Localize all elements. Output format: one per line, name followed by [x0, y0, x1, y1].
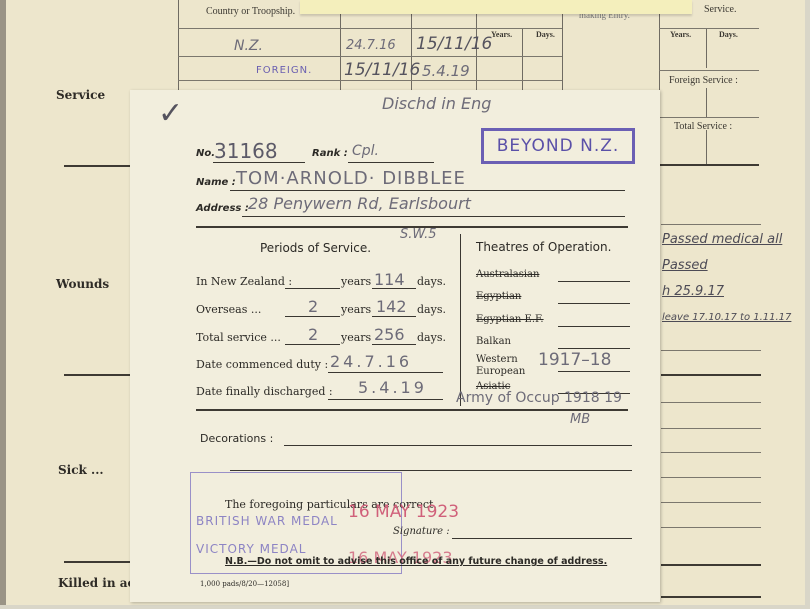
years-word: years	[341, 303, 371, 316]
right-rule	[661, 596, 761, 598]
checkmark-icon: ✓	[158, 96, 183, 131]
number-label: No.	[196, 148, 215, 159]
note-passed: Passed	[662, 258, 708, 273]
row1-date-to: 15/11/16	[416, 34, 492, 54]
section-rule	[196, 409, 628, 411]
row2-date-to: 5.4.19	[422, 62, 470, 80]
header-country: Country or Troopship.	[206, 6, 295, 17]
days-word: days.	[417, 275, 446, 288]
note-leave: leave 17.10.17 to 1.11.17	[662, 312, 791, 323]
table-rule	[178, 80, 562, 81]
top-note: Dischd in Eng	[382, 94, 491, 113]
discharged-label: Date finally discharged :	[196, 385, 333, 398]
nz-years-line	[285, 288, 340, 289]
victory-medal-stamp: VICTORY MEDAL	[196, 542, 306, 556]
commenced-line	[328, 372, 443, 373]
rank-line	[348, 162, 434, 163]
total-years-line	[285, 344, 340, 345]
signature-line	[452, 538, 632, 539]
number-line	[213, 162, 305, 163]
rank-value: Cpl.	[352, 143, 379, 159]
right-rule	[661, 564, 761, 566]
table-border	[706, 28, 707, 68]
table-border	[178, 0, 179, 90]
column-divider	[460, 234, 461, 406]
theatre-western: Western	[476, 354, 518, 365]
table-rule	[659, 164, 759, 166]
overseas-days: 142	[376, 297, 407, 316]
beyond-nz-stamp: BEYOND N.Z.	[481, 128, 635, 164]
rank-label: Rank :	[312, 148, 348, 159]
table-border	[706, 88, 707, 118]
right-rule	[661, 224, 761, 225]
theatre-egyptian-ef: Egyptian E.F.	[476, 314, 544, 325]
address-label: Address :	[196, 203, 249, 214]
header-days: Days.	[536, 30, 555, 39]
table-rule	[178, 28, 562, 29]
theatre-egyptian: Egyptian	[476, 291, 521, 302]
discharged-value: 5.4.19	[358, 378, 427, 397]
date-stamp-1: 16 MAY 1923	[348, 502, 459, 522]
theatre-australasian: Australasian	[476, 269, 539, 280]
army-occupation: Army of Occup 1918 19	[456, 390, 622, 406]
years-word: years	[341, 331, 371, 344]
total-days: 256	[374, 325, 405, 344]
side-label-service: Service	[56, 88, 105, 102]
commenced-label: Date commenced duty :	[196, 358, 328, 371]
row2-country-stamp: FOREIGN.	[256, 65, 312, 76]
note-passed-medical: Passed medical all	[662, 232, 782, 247]
nz-label: In New Zealand :	[196, 275, 292, 288]
name-value: TOM·ARNOLD· DIBBLEE	[236, 168, 466, 189]
theatres-title: Theatres of Operation.	[476, 240, 611, 254]
name-line	[230, 190, 625, 191]
total-years: 2	[308, 325, 318, 344]
row1-date-from: 24.7.16	[346, 38, 396, 53]
years-word: years	[341, 275, 371, 288]
address-line	[242, 216, 625, 217]
decorations-line-2	[230, 470, 632, 471]
right-rule	[661, 527, 761, 528]
side-rule	[64, 165, 136, 167]
days-word: days.	[417, 303, 446, 316]
name-label: Name :	[196, 177, 236, 188]
total-days-line	[372, 344, 416, 345]
right-rule	[661, 350, 761, 351]
periods-title: Periods of Service.	[260, 241, 371, 255]
header-service: Service.	[704, 4, 737, 15]
total-label: Total service ...	[196, 331, 281, 344]
right-rule	[661, 477, 761, 478]
number-value: 31168	[214, 139, 278, 163]
total-service-label: Total Service :	[674, 121, 732, 132]
theatre-line	[558, 303, 630, 304]
overseas-label: Overseas ...	[196, 303, 261, 316]
foreign-service-label: Foreign Service :	[669, 75, 738, 86]
side-rule	[64, 561, 136, 563]
table-rule	[659, 70, 759, 71]
table-border	[706, 130, 707, 165]
nb-notice: N.B.—Do not omit to advise this office o…	[225, 556, 607, 567]
table-rule	[659, 117, 759, 118]
theatre-line	[558, 281, 630, 282]
theatre-line	[558, 348, 630, 349]
side-label-wounds: Wounds	[56, 277, 109, 291]
commenced-value: 24.7.16	[330, 352, 412, 371]
discharge-form-card: Dischd in Eng ✓ No. 31168 Rank : Cpl. BE…	[130, 90, 660, 602]
overseas-years: 2	[308, 297, 318, 316]
yellow-sticky-note	[300, 0, 692, 14]
signature-label: Signature :	[393, 526, 450, 537]
address-extra: S.W.5	[400, 227, 437, 242]
theatre-line	[558, 326, 630, 327]
row2-date-from: 15/11/16	[344, 60, 420, 80]
right-rule	[661, 374, 761, 376]
decorations-label: Decorations :	[200, 432, 273, 445]
initials: MB	[570, 412, 590, 427]
address-value: 28 Penywern Rd, Earlsbourt	[248, 194, 471, 213]
theatre-line	[558, 371, 630, 372]
right-days: Days.	[719, 30, 738, 39]
overseas-days-line	[372, 316, 416, 317]
nz-days-line	[372, 288, 416, 289]
discharged-line	[328, 399, 443, 400]
theatre-european: European	[476, 366, 525, 377]
overseas-years-line	[285, 316, 340, 317]
right-years: Years.	[670, 30, 691, 39]
side-label-sick: Sick ...	[58, 463, 104, 477]
row1-country: N.Z.	[234, 38, 263, 54]
british-war-medal-stamp: BRITISH WAR MEDAL	[196, 514, 338, 528]
right-rule	[661, 502, 761, 503]
print-code: 1,000 pads/8/20—12058]	[200, 580, 289, 588]
right-rule	[661, 402, 761, 403]
decorations-line	[284, 445, 632, 446]
table-rule	[178, 56, 562, 57]
days-word: days.	[417, 331, 446, 344]
right-rule	[661, 428, 761, 429]
nz-days: 114	[374, 270, 405, 289]
right-rule	[661, 452, 761, 453]
theatre-balkan: Balkan	[476, 336, 511, 347]
side-rule	[64, 374, 136, 376]
note-date: h 25.9.17	[662, 284, 724, 299]
header-years: Years.	[491, 30, 512, 39]
western-value: 1917–18	[538, 350, 611, 370]
table-rule	[659, 28, 759, 29]
